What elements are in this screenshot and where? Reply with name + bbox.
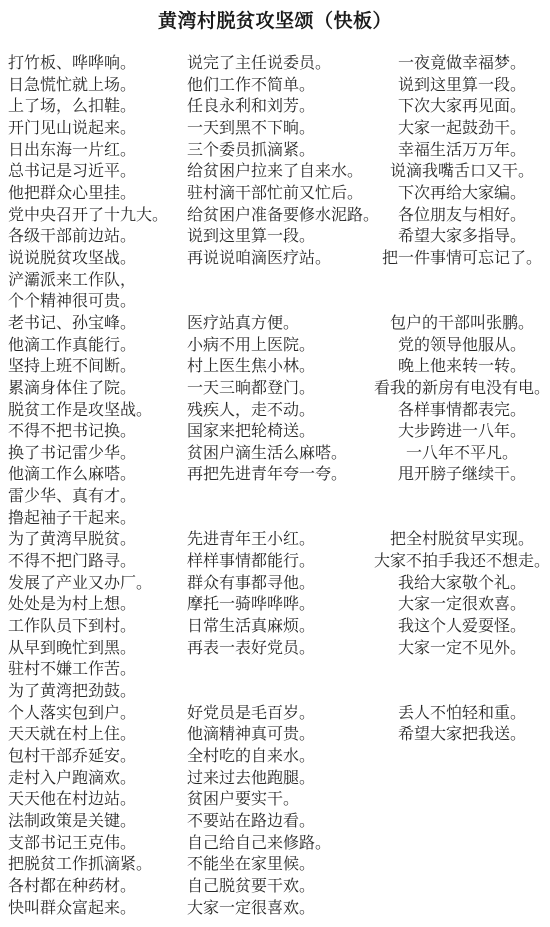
poem-line: 党的领导他服从。: [374, 335, 550, 357]
poem-line: 三个委员抓滴紧。: [187, 140, 374, 162]
poem-line: 党中央召开了十九大。: [8, 205, 187, 227]
poem-line: 大家一起鼓劲干。: [374, 118, 550, 140]
poem-line: 日出东海一片红。: [8, 140, 187, 162]
poem-line: 包户的干部叫张鹏。: [374, 313, 550, 335]
poem-line: 累滴身体住了院。: [8, 378, 187, 400]
column-3-section-3: 把全村脱贫早实现。大家不拍手我还不想走。我给大家敬个礼。大家一定很欢喜。我这个人…: [374, 529, 550, 659]
poem-line: 开门见山说起来。: [8, 118, 187, 140]
column-3-section-4: 丢人不怕轻和重。希望大家把我送。: [374, 703, 550, 746]
poem-line: 处处是为村上想。: [8, 594, 187, 616]
poem-line: 他滴工作真能行。: [8, 335, 187, 357]
poem-line: 雷少华、真有才。: [8, 486, 187, 508]
poem-line: 给贫困户拉来了自来水。: [187, 161, 374, 183]
poem-line: 他滴工作么麻嗒。: [8, 464, 187, 486]
poem-line: 摩托一骑哗哗哗。: [187, 594, 374, 616]
poem-line: 驻村不嫌工作苦。: [8, 659, 187, 681]
poem-line: 个人落实包到户。: [8, 703, 187, 725]
poem-column-2: 说完了主任说委员。他们工作不简单。任良永利和刘芳。一天到黑不下晌。三个委员抓滴紧…: [187, 53, 374, 919]
poem-line: 一天三晌都登门。: [187, 378, 374, 400]
poem-line: 把脱贫工作抓滴紧。: [8, 854, 187, 876]
poem-line: 总书记是习近平。: [8, 161, 187, 183]
poem-line: 老书记、孙宝峰。: [8, 313, 187, 335]
poem-line: 发展了产业又办厂。: [8, 573, 187, 595]
column-3-section-1: 一夜竟做幸福梦。说到这里算一段。下次大家再见面。大家一起鼓劲干。幸福生活万万年。…: [374, 53, 550, 270]
poem-line: 再表一表好党员。: [187, 638, 374, 660]
poem-line: 包村干部乔延安。: [8, 746, 187, 768]
poem-line: 下次再给大家编。: [374, 183, 550, 205]
poem-line: 再说说咱滴医疗站。: [187, 248, 374, 270]
poem-line: 群众有事都寻他。: [187, 573, 374, 595]
poem-line: 坚持上班不间断。: [8, 356, 187, 378]
poem-line: 驻村滴干部忙前又忙后。: [187, 183, 374, 205]
poem-line: 天天就在村上住。: [8, 724, 187, 746]
poem-line: 浐灞派来工作队，: [8, 270, 187, 292]
poem-line: 给贫困户准备要修水泥路。: [187, 205, 374, 227]
poem-line: 全村吃的自来水。: [187, 746, 374, 768]
poem-line: 残疾人，走不动。: [187, 400, 374, 422]
page-title: 黄湾村脱贫攻坚颂（快板）: [0, 6, 550, 33]
poem-line: 幸福生活万万年。: [374, 140, 550, 162]
poem-line: 自己脱贫要干欢。: [187, 876, 374, 898]
poem-line: 我给大家敬个礼。: [374, 573, 550, 595]
poem-line: 把全村脱贫早实现。: [374, 529, 550, 551]
poem-line: 晚上他来转一转。: [374, 356, 550, 378]
poem-line: 说到这里算一段。: [374, 75, 550, 97]
poem-line: 任良永利和刘芳。: [187, 96, 374, 118]
poem-column-1: 打竹板、哗哗响。日急慌忙就上场。上了场，么扣鞋。开门见山说起来。日出东海一片红。…: [0, 53, 187, 919]
poem-line: 法制政策是关键。: [8, 811, 187, 833]
poem-line: 走村入户跑滴欢。: [8, 768, 187, 790]
poem-line: 支部书记王克伟。: [8, 833, 187, 855]
poem-line: 国家来把轮椅送。: [187, 421, 374, 443]
poem-line: 打竹板、哗哗响。: [8, 53, 187, 75]
poem-line: 丢人不怕轻和重。: [374, 703, 550, 725]
poem-line: 把一件事情可忘记了。: [374, 248, 550, 270]
poem-line: 贫困户滴生活么麻嗒。: [187, 443, 374, 465]
poem-line: 各样事情都表完。: [374, 400, 550, 422]
poem-line: 大步跨进一八年。: [374, 421, 550, 443]
poem-line: 甩开膀子继续干。: [374, 464, 550, 486]
column-2-section-4: 好党员是毛百岁。他滴精神真可贵。全村吃的自来水。过来过去他跑腿。贫困户要实干。不…: [187, 703, 374, 920]
poem-line: 他把群众心里挂。: [8, 183, 187, 205]
poem-line: 日常生活真麻烦。: [187, 616, 374, 638]
poem-content: 打竹板、哗哗响。日急慌忙就上场。上了场，么扣鞋。开门见山说起来。日出东海一片红。…: [0, 53, 550, 919]
poem-line: 各级干部前边站。: [8, 226, 187, 248]
poem-line: 一夜竟做幸福梦。: [374, 53, 550, 75]
poem-line: 脱贫工作是攻坚战。: [8, 400, 187, 422]
poem-line: 说到这里算一段。: [187, 226, 374, 248]
poem-line: 为了黄湾早脱贫。: [8, 529, 187, 551]
poem-line: 小病不用上医院。: [187, 335, 374, 357]
poem-line: 为了黄湾把劲鼓。: [8, 681, 187, 703]
poem-line: 各位朋友与相好。: [374, 205, 550, 227]
poem-line: 我这个人爱耍怪。: [374, 616, 550, 638]
column-2-section-1: 说完了主任说委员。他们工作不简单。任良永利和刘芳。一天到黑不下晌。三个委员抓滴紧…: [187, 53, 374, 270]
poem-line: 各村都在种药材。: [8, 876, 187, 898]
poem-line: 他们工作不简单。: [187, 75, 374, 97]
poem-line: 村上医生焦小林。: [187, 356, 374, 378]
column-2-section-2: 医疗站真方便。小病不用上医院。村上医生焦小林。一天三晌都登门。残疾人，走不动。国…: [187, 313, 374, 486]
poem-line: 说说脱贫攻坚战。: [8, 248, 187, 270]
poem-line: 希望大家多指导。: [374, 226, 550, 248]
poem-line: 上了场，么扣鞋。: [8, 96, 187, 118]
poem-line: 医疗站真方便。: [187, 313, 374, 335]
poem-line: 说完了主任说委员。: [187, 53, 374, 75]
poem-line: 一天到黑不下晌。: [187, 118, 374, 140]
poem-line: 快叫群众富起来。: [8, 898, 187, 920]
poem-line: 希望大家把我送。: [374, 724, 550, 746]
poem-line: 样样事情都能行。: [187, 551, 374, 573]
poem-line: 换了书记雷少华。: [8, 443, 187, 465]
poem-line: 看我的新房有电没有电。: [374, 378, 550, 400]
poem-line: 好党员是毛百岁。: [187, 703, 374, 725]
column-1-section-1: 打竹板、哗哗响。日急慌忙就上场。上了场，么扣鞋。开门见山说起来。日出东海一片红。…: [8, 53, 187, 919]
poem-line: 不得不把门路寻。: [8, 551, 187, 573]
poem-line: 说滴我嘴舌口又干。: [374, 161, 550, 183]
poem-line: 过来过去他跑腿。: [187, 768, 374, 790]
poem-line: 天天他在村边站。: [8, 789, 187, 811]
poem-line: 下次大家再见面。: [374, 96, 550, 118]
poem-line: 撸起袖子干起来。: [8, 508, 187, 530]
poem-line: 不得不把书记换。: [8, 421, 187, 443]
poem-line: 大家一定不见外。: [374, 638, 550, 660]
poem-line: 日急慌忙就上场。: [8, 75, 187, 97]
poem-line: 贫困户要实干。: [187, 789, 374, 811]
poem-line: 工作队员下到村。: [8, 616, 187, 638]
poem-line: 不能坐在家里候。: [187, 854, 374, 876]
poem-line: 他滴精神真可贵。: [187, 724, 374, 746]
document-page: 黄湾村脱贫攻坚颂（快板） 打竹板、哗哗响。日急慌忙就上场。上了场，么扣鞋。开门见…: [0, 0, 550, 927]
poem-column-3: 一夜竟做幸福梦。说到这里算一段。下次大家再见面。大家一起鼓劲干。幸福生活万万年。…: [374, 53, 550, 746]
poem-line: 从早到晚忙到黑。: [8, 638, 187, 660]
column-2-section-3: 先进青年王小红。样样事情都能行。群众有事都寻他。摩托一骑哗哗哗。日常生活真麻烦。…: [187, 529, 374, 659]
poem-line: 大家一定很喜欢。: [187, 898, 374, 920]
poem-line: 大家不拍手我还不想走。: [374, 551, 550, 573]
poem-line: 一八年不平凡。: [374, 443, 550, 465]
poem-line: 不要站在路边看。: [187, 811, 374, 833]
column-3-section-2: 包户的干部叫张鹏。党的领导他服从。晚上他来转一转。看我的新房有电没有电。各样事情…: [374, 313, 550, 486]
poem-line: 个个精神很可贵。: [8, 291, 187, 313]
poem-line: 再把先进青年夸一夸。: [187, 464, 374, 486]
poem-line: 先进青年王小红。: [187, 529, 374, 551]
poem-line: 自己给自己来修路。: [187, 833, 374, 855]
poem-line: 大家一定很欢喜。: [374, 594, 550, 616]
